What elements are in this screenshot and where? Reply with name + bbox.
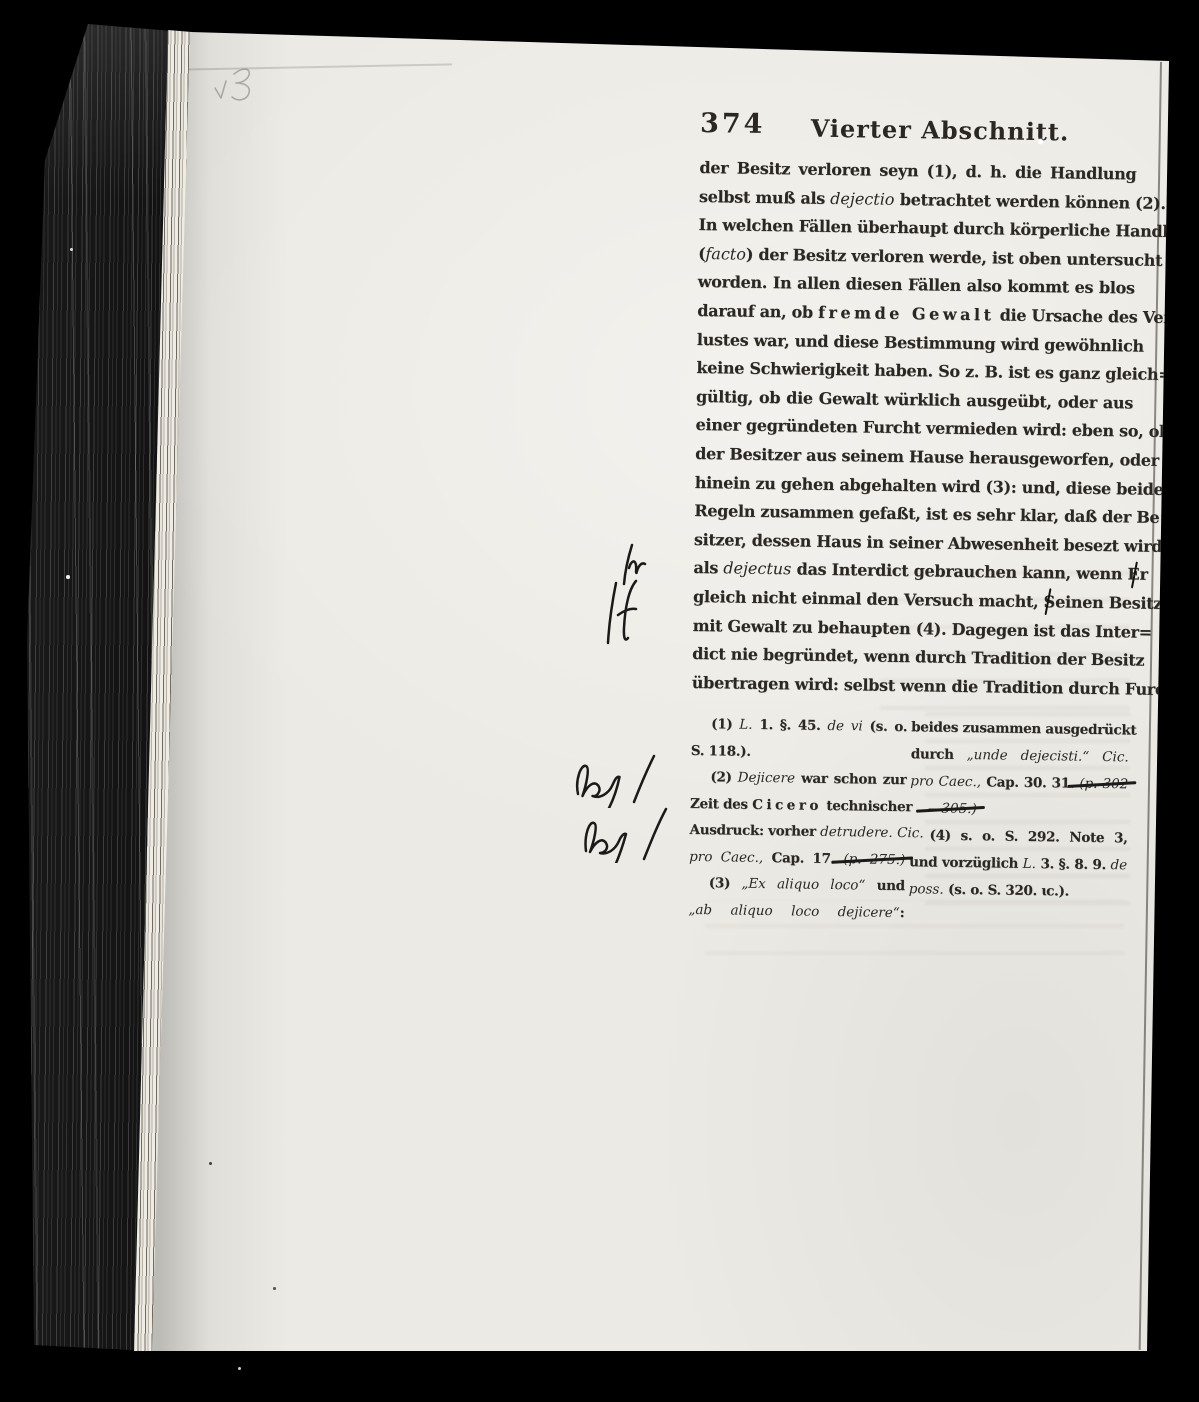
text-line: durch „unde dejecisti.“ Cic. <box>911 741 1129 771</box>
text-segment: In welchen Fällen überhaupt durch körper… <box>698 215 1199 241</box>
text-segment: lustes war, und diese Bestimmung wird ge… <box>697 330 1144 356</box>
footnotes-left-column: (1) L. 1. §. 45. de vi (s. o.S. 118.).(2… <box>688 711 907 926</box>
text-segment: Zeit des <box>690 795 752 812</box>
text-segment: Regeln zusammen gefaßt, ist es sehr klar… <box>694 501 1172 527</box>
text-line: Ausdruck: vorher detrudere. Cic. <box>689 817 905 847</box>
text-line: —305.) <box>910 795 1128 825</box>
text-segment: gültig, ob die Gewalt würklich ausgeübt,… <box>696 387 1133 412</box>
text-segment: (1) <box>711 716 739 732</box>
text-segment: war schon zur <box>795 770 907 788</box>
text-line: Zeit des Cicero technischer <box>690 790 906 820</box>
text-segment: mit Gewalt zu behaupten (4). Dagegen ist… <box>693 615 1152 641</box>
text-line: (1) L. 1. §. 45. de vi (s. o. <box>691 711 907 741</box>
text-segment: (2) <box>710 769 738 785</box>
text-segment: S. 118.). <box>691 742 751 759</box>
text-line: (4) s. o. S. 292. Note 3, <box>909 822 1127 852</box>
text-segment: dejectio <box>830 189 895 209</box>
text-segment: durch <box>911 746 967 763</box>
text-line: übertragen wird: selbst wenn die Traditi… <box>692 669 1129 704</box>
text-segment: (s. o. <box>863 718 908 735</box>
text-segment: selbst muß als <box>699 187 831 208</box>
text-segment: der Besitz verloren seyn (1), d. h. die … <box>699 158 1136 183</box>
text-segment: „unde dejecisti.“ <box>967 747 1090 765</box>
text-line: pro Caec., Cap. 17. (p. 275.) <box>689 843 905 873</box>
text-segment: (4) s. o. S. 292. Note 3, <box>929 827 1127 846</box>
text-segment: ) der Besitz verloren werde, ist oben un… <box>746 244 1163 269</box>
text-segment: gleich nicht einmal den Versuch macht, <box>693 587 1044 611</box>
text-segment: Cap. 17. <box>763 850 843 867</box>
hand-corrected-text: S <box>1043 592 1055 611</box>
text-segment: Cap. 30. 31. <box>981 774 1079 791</box>
text-line: S. 118.). <box>691 737 907 767</box>
text-segment: pro Caec., <box>689 848 763 865</box>
text-segment: dict nie begründet, wenn durch Tradition… <box>692 644 1144 670</box>
text-segment: 1. §. 45. <box>752 717 827 734</box>
dust-speck <box>70 248 73 251</box>
text-segment: worden. In allen diesen Fällen also komm… <box>698 272 1135 297</box>
dust-speck <box>238 1367 241 1370</box>
page-number: 374 <box>700 108 766 140</box>
text-segment: L. <box>1023 856 1037 872</box>
text-segment: betrachtet werden können (2). <box>894 189 1166 212</box>
text-segment: hinein zu gehen abgehalten wird (3): und… <box>695 472 1175 498</box>
text-segment: de vi <box>827 718 863 735</box>
text-segment: als <box>693 558 723 577</box>
hand-corrected-text: Er <box>1127 565 1148 584</box>
text-line: pro Caec., Cap. 30. 31. (p. 302 <box>910 768 1128 798</box>
paper-speck <box>1038 139 1043 144</box>
text-line: „ab aliquo loco dejicere“: <box>688 896 904 926</box>
text-segment: Cicero <box>752 796 822 813</box>
text-segment: poss. <box>909 881 944 898</box>
text-segment: darauf an, ob <box>697 301 818 322</box>
text-line: (2) Dejicere war schon zur <box>690 764 906 794</box>
text-segment <box>1089 749 1102 765</box>
text-segment: technischer <box>822 797 912 814</box>
text-segment: facto <box>705 244 746 264</box>
dust-speck <box>66 575 70 579</box>
text-segment: übertragen wird: selbst wenn die Traditi… <box>692 673 1183 699</box>
paper-speck <box>273 1287 276 1290</box>
text-segment: Ausdruck: vorher <box>689 822 820 840</box>
text-segment: Cic. <box>1102 749 1129 765</box>
text-line: (3) „Ex aliquo loco“ und <box>689 870 905 900</box>
text-segment: einer gegründeten Furcht vermieden wird:… <box>695 415 1170 441</box>
text-segment: : <box>900 905 905 921</box>
text-segment: „ab aliquo loco dejicere“ <box>688 901 900 920</box>
struck-text: (p. 302 <box>1079 776 1128 793</box>
text-line: poss. (s. o. S. 320. ɩc.). <box>909 876 1127 906</box>
text-segment: keine Schwierigkeit haben. So z. B. ist … <box>696 358 1171 384</box>
text-segment: einen Besitz <box>1055 592 1162 613</box>
text-segment: die Ursache des Ver= <box>994 305 1184 327</box>
text-segment: (s. o. S. 320. ɩc.). <box>944 882 1070 900</box>
paper-speck <box>209 1162 212 1165</box>
text-segment: fremde Gewalt <box>818 303 995 325</box>
text-segment: de <box>1110 857 1127 873</box>
text-segment: beides zusammen ausgedrückt <box>911 719 1136 738</box>
text-segment: und <box>865 878 905 895</box>
text-segment: (3) <box>709 875 742 891</box>
text-line: und vorzüglich L. 3. §. 8. 9. de <box>909 849 1127 879</box>
struck-text: —305.) <box>928 800 977 817</box>
text-segment: 3. §. 8. 9. <box>1036 856 1111 873</box>
text-segment: der Besitzer aus seinem Hause herausgewo… <box>695 444 1159 470</box>
text-segment: pro Caec., <box>910 773 981 790</box>
text-segment: Dejicere <box>738 770 796 787</box>
text-line: beides zusammen ausgedrückt <box>911 714 1129 744</box>
text-segment: L. <box>739 717 753 733</box>
text-segment: sitzer, dessen Haus in seiner Abwesenhei… <box>694 530 1168 556</box>
body-text: der Besitz verloren seyn (1), d. h. die … <box>692 154 1137 704</box>
text-segment: detrudere. <box>820 824 893 841</box>
text-segment: „Ex aliquo loco“ <box>741 876 865 894</box>
scanned-book-photo: 374 Vierter Abschnitt. der Besitz verlor… <box>0 0 1199 1402</box>
text-segment: und vorzüglich <box>909 854 1023 872</box>
text-segment: dejectus <box>723 559 791 579</box>
margin-mark-cursive-scrawl <box>578 797 678 863</box>
margin-mark-slash-f <box>596 575 652 653</box>
footnotes-right-column: beides zusammen ausgedrücktdurch „unde d… <box>909 714 1130 906</box>
struck-text: (p. 275.) <box>843 851 905 868</box>
text-segment: das Interdict gebrauchen kann, wenn <box>791 560 1127 584</box>
